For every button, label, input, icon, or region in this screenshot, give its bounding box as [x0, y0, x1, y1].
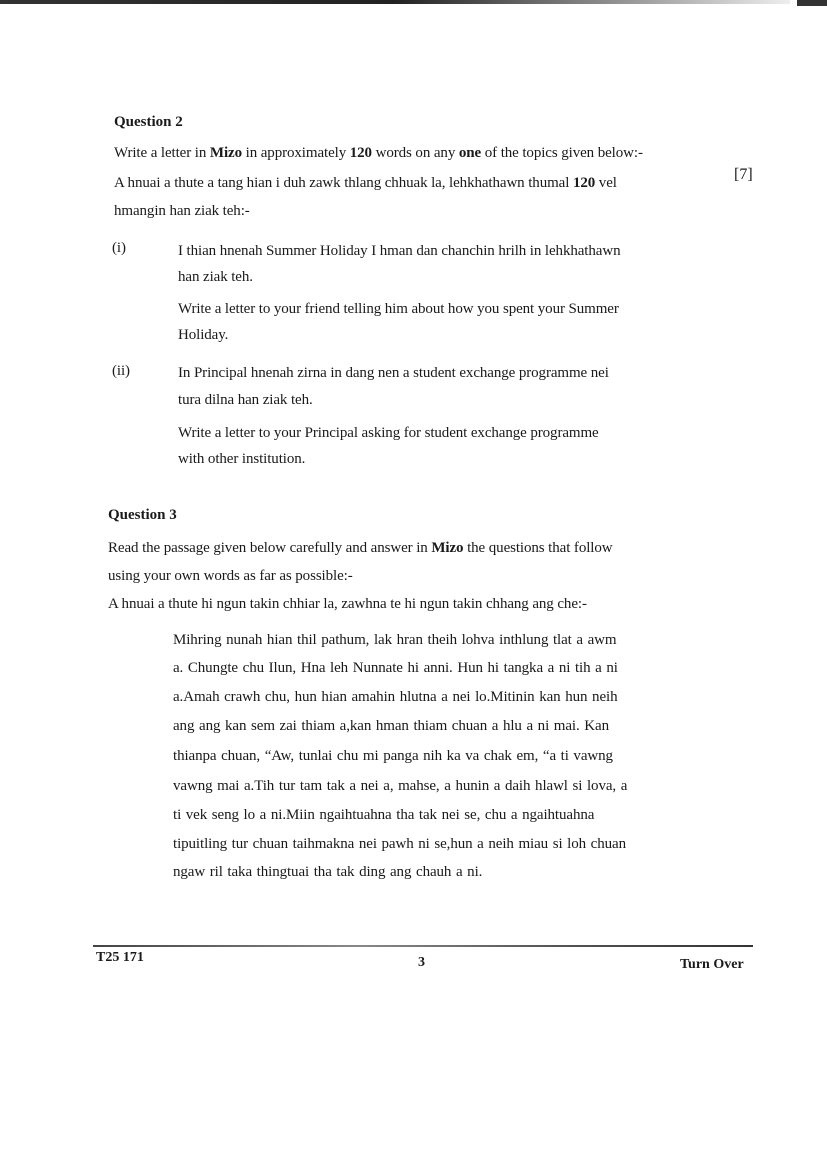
bold-one: one — [459, 145, 481, 161]
passage-line: Mihring nunah hian thil pathum, lak hran… — [173, 632, 616, 649]
option-ii-label: (ii) — [112, 363, 130, 380]
passage-line: thianpa chuan, “Aw, tunlai chu mi panga … — [173, 748, 613, 765]
option-i-label: (i) — [112, 240, 126, 257]
option-ii-english-line-2: with other institution. — [178, 451, 305, 468]
paper-code: T25 171 — [96, 950, 144, 966]
passage-line: ti vek seng lo a ni.Miin ngaihtuahna tha… — [173, 807, 594, 824]
question-2-marks: [7] — [734, 166, 753, 184]
option-ii-mizo-line-1: In Principal hnenah zirna in dang nen a … — [178, 365, 609, 382]
option-i-mizo-line-2: han ziak teh. — [178, 269, 253, 286]
option-ii-mizo-line-2: tura dilna han ziak teh. — [178, 392, 313, 409]
text: of the topics given below:- — [481, 145, 643, 161]
passage-line: vawng mai a.Tih tur tam tak a nei a, mah… — [173, 778, 627, 795]
question-3-instruction-english-line-2: using your own words as far as possible:… — [108, 568, 353, 585]
text: A hnuai a thute a tang hian i duh zawk t… — [114, 175, 573, 191]
option-i-english-line-2: Holiday. — [178, 327, 228, 344]
question-2-instruction-english: Write a letter in Mizo in approximately … — [114, 145, 643, 162]
question-2-instruction-mizo-line-2: hmangin han ziak teh:- — [114, 203, 250, 220]
text: Write a letter in — [114, 145, 210, 161]
option-i-mizo-line-1: I thian hnenah Summer Holiday I hman dan… — [178, 243, 620, 260]
passage-line: tipuitling tur chuan taihmakna nei pawh … — [173, 836, 626, 853]
footer-divider — [93, 945, 753, 947]
question-3-instruction-english-line-1: Read the passage given below carefully a… — [108, 540, 613, 557]
text: in approximately — [242, 145, 350, 161]
option-ii-english-line-1: Write a letter to your Principal asking … — [178, 425, 599, 442]
question-2-heading: Question 2 — [114, 114, 183, 131]
option-i-english-line-1: Write a letter to your friend telling hi… — [178, 301, 619, 318]
text: Read the passage given below carefully a… — [108, 540, 431, 556]
text: words on any — [372, 145, 459, 161]
scan-edge-corner — [797, 0, 827, 6]
passage-line: a.Amah crawh chu, hun hian amahin hlutna… — [173, 689, 617, 706]
bold-word-count: 120 — [350, 145, 372, 161]
scan-edge-top — [0, 0, 790, 4]
page-number: 3 — [418, 955, 425, 971]
passage-line: ngaw ril taka thingtuai tha tak ding ang… — [173, 864, 482, 881]
bold-mizo: Mizo — [210, 145, 242, 161]
question-2-instruction-mizo-line-1: A hnuai a thute a tang hian i duh zawk t… — [114, 175, 617, 192]
passage-line: ang ang kan sem zai thiam a,kan hman thi… — [173, 718, 609, 735]
turn-over-label: Turn Over — [680, 957, 744, 973]
passage-line: a. Chungte chu Ilun, Hna leh Nunnate hi … — [173, 660, 618, 677]
bold-mizo: Mizo — [431, 540, 463, 556]
text: vel — [595, 175, 617, 191]
bold-word-count: 120 — [573, 175, 595, 191]
question-3-heading: Question 3 — [108, 507, 177, 524]
question-3-instruction-mizo: A hnuai a thute hi ngun takin chhiar la,… — [108, 596, 587, 613]
text: the questions that follow — [463, 540, 612, 556]
